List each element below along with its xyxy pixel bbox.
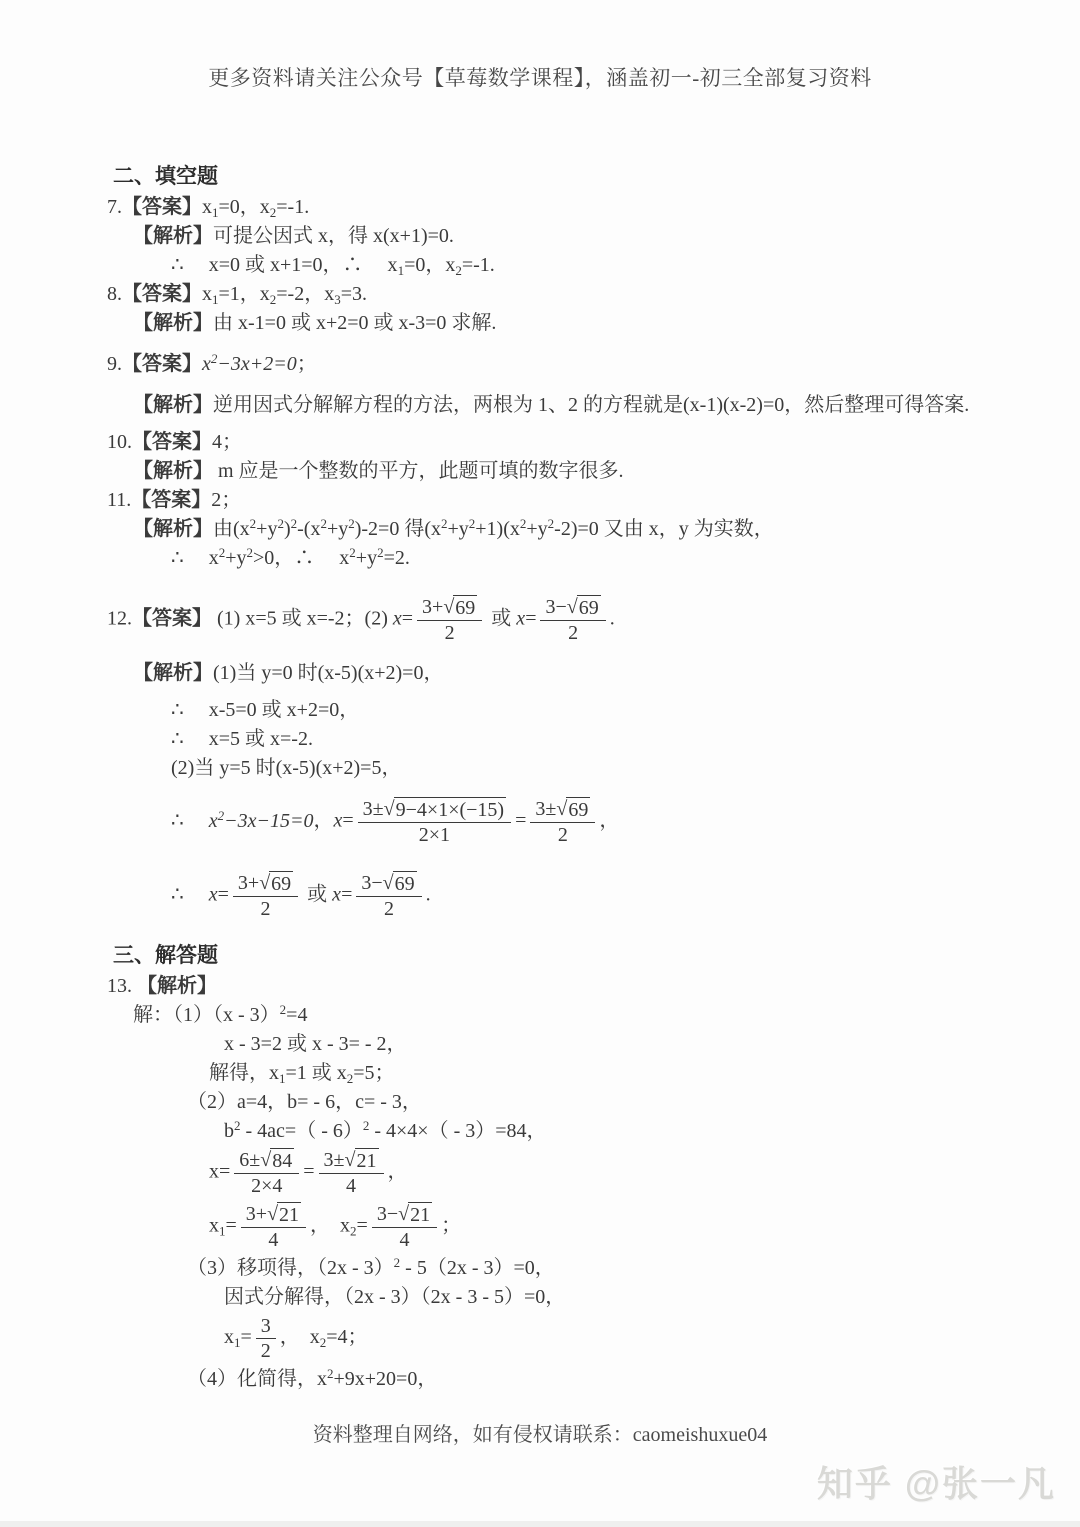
fraction: 3−√214: [372, 1202, 437, 1252]
doc-line: 10.【答案】4；: [107, 428, 1060, 457]
radical: √21: [345, 1148, 379, 1173]
fraction: 3−√692: [356, 871, 421, 921]
doc-line: x1=32， x2=4；: [224, 1312, 1060, 1365]
doc-line: 13. 【解析】: [107, 972, 1060, 1001]
doc-line: （4）化简得，x2+9x+20=0，: [187, 1365, 1060, 1394]
doc-line: b2 - 4ac=（ - 6）2 - 4×4×（ - 3）=84，: [224, 1117, 1060, 1146]
radical: √69: [259, 871, 293, 896]
fraction: 3+√214: [241, 1202, 306, 1252]
doc-line: x - 3=2 或 x - 3= - 2，: [224, 1030, 1060, 1059]
radical: √21: [398, 1202, 432, 1227]
doc-line: 解得，x1=1 或 x2=5；: [209, 1059, 1060, 1088]
radical: √69: [556, 797, 590, 822]
fraction: 3+√692: [417, 595, 482, 645]
radical: √9−4×1×(−15): [384, 797, 506, 822]
fraction: 3−√692: [540, 595, 605, 645]
doc-line: x1=3+√214， x2=3−√214；: [209, 1200, 1060, 1254]
doc-line: ∴ x=3+√692 或 x=3−√692.: [171, 869, 1060, 923]
doc-line: 【解析】可提公因式 x，得 x(x+1)=0.: [133, 222, 1060, 251]
fraction: 3+√692: [233, 871, 298, 921]
watermark: 知乎 @张一凡: [817, 1456, 1056, 1507]
doc-line: 解：（1）（x - 3）2=4: [133, 1001, 1060, 1030]
radical: √69: [383, 871, 417, 896]
doc-line: ∴ x2−3x−15=0，x=3±√9−4×1×(−15)2×1=3±√692，: [171, 795, 1060, 849]
doc-line: 【解析】 m 应是一个整数的平方，此题可填的数字很多.: [133, 457, 1060, 486]
doc-line: 9.【答案】x2−3x+2=0；: [107, 350, 1060, 379]
doc-line: 【解析】(1)当 y=0 时(x-5)(x+2)=0，: [133, 659, 1060, 688]
radical: √69: [567, 595, 601, 620]
doc-line: ∴ x2+y2>0，∴ x2+y2=2.: [171, 544, 1060, 573]
section-title: 三、解答题: [113, 939, 1060, 969]
doc-line: 7.【答案】x1=0，x2=-1.: [107, 193, 1060, 222]
doc-line: 12.【答案】 (1) x=5 或 x=-2；(2) x=3+√692 或 x=…: [107, 593, 1060, 647]
doc-line: x=6±√842×4=3±√214，: [209, 1146, 1060, 1200]
doc-line: （3）移项得，（2x - 3）2 - 5（2x - 3）=0，: [187, 1254, 1060, 1283]
fraction: 3±√9−4×1×(−15)2×1: [358, 797, 511, 847]
fraction: 3±√214: [319, 1148, 384, 1198]
document-body: 二、填空题7.【答案】x1=0，x2=-1.【解析】可提公因式 x，得 x(x+…: [107, 160, 1060, 1394]
doc-line: ∴ x=0 或 x+1=0，∴ x1=0，x2=-1.: [171, 251, 1060, 280]
page-footer: 资料整理自网络，如有侵权请联系：caomeishuxue04: [0, 1418, 1080, 1447]
page: 更多资料请关注公众号【草莓数学课程】，涵盖初一-初三全部复习资料 二、填空题7.…: [0, 0, 1080, 1527]
radical: √69: [443, 595, 477, 620]
doc-line: 11.【答案】2；: [107, 486, 1060, 515]
page-bottom-edge: [0, 1521, 1080, 1527]
doc-line: (2)当 y=5 时(x-5)(x+2)=5，: [171, 754, 1060, 783]
doc-line: 【解析】由(x2+y2)2-(x2+y2)-2=0 得(x2+y2+1)(x2+…: [133, 515, 1060, 544]
doc-line: 【解析】逆用因式分解解方程的方法，两根为 1、2 的方程就是(x-1)(x-2)…: [133, 391, 1060, 420]
section-title: 二、填空题: [113, 160, 1060, 190]
fraction: 3±√692: [530, 797, 595, 847]
fraction: 6±√842×4: [234, 1148, 299, 1198]
doc-line: （2）a=4，b= - 6，c= - 3，: [187, 1088, 1060, 1117]
doc-line: ∴ x=5 或 x=-2.: [171, 725, 1060, 754]
radical: √21: [267, 1202, 301, 1227]
doc-line: ∴ x-5=0 或 x+2=0，: [171, 696, 1060, 725]
radical: √84: [260, 1148, 294, 1173]
page-header: 更多资料请关注公众号【草莓数学课程】，涵盖初一-初三全部复习资料: [0, 62, 1080, 92]
doc-line: 【解析】由 x-1=0 或 x+2=0 或 x-3=0 求解.: [133, 309, 1060, 338]
doc-line: 因式分解得，（2x - 3）（2x - 3 - 5）=0，: [224, 1283, 1060, 1312]
doc-line: 8.【答案】x1=1，x2=-2，x3=3.: [107, 280, 1060, 309]
fraction: 32: [256, 1314, 276, 1363]
